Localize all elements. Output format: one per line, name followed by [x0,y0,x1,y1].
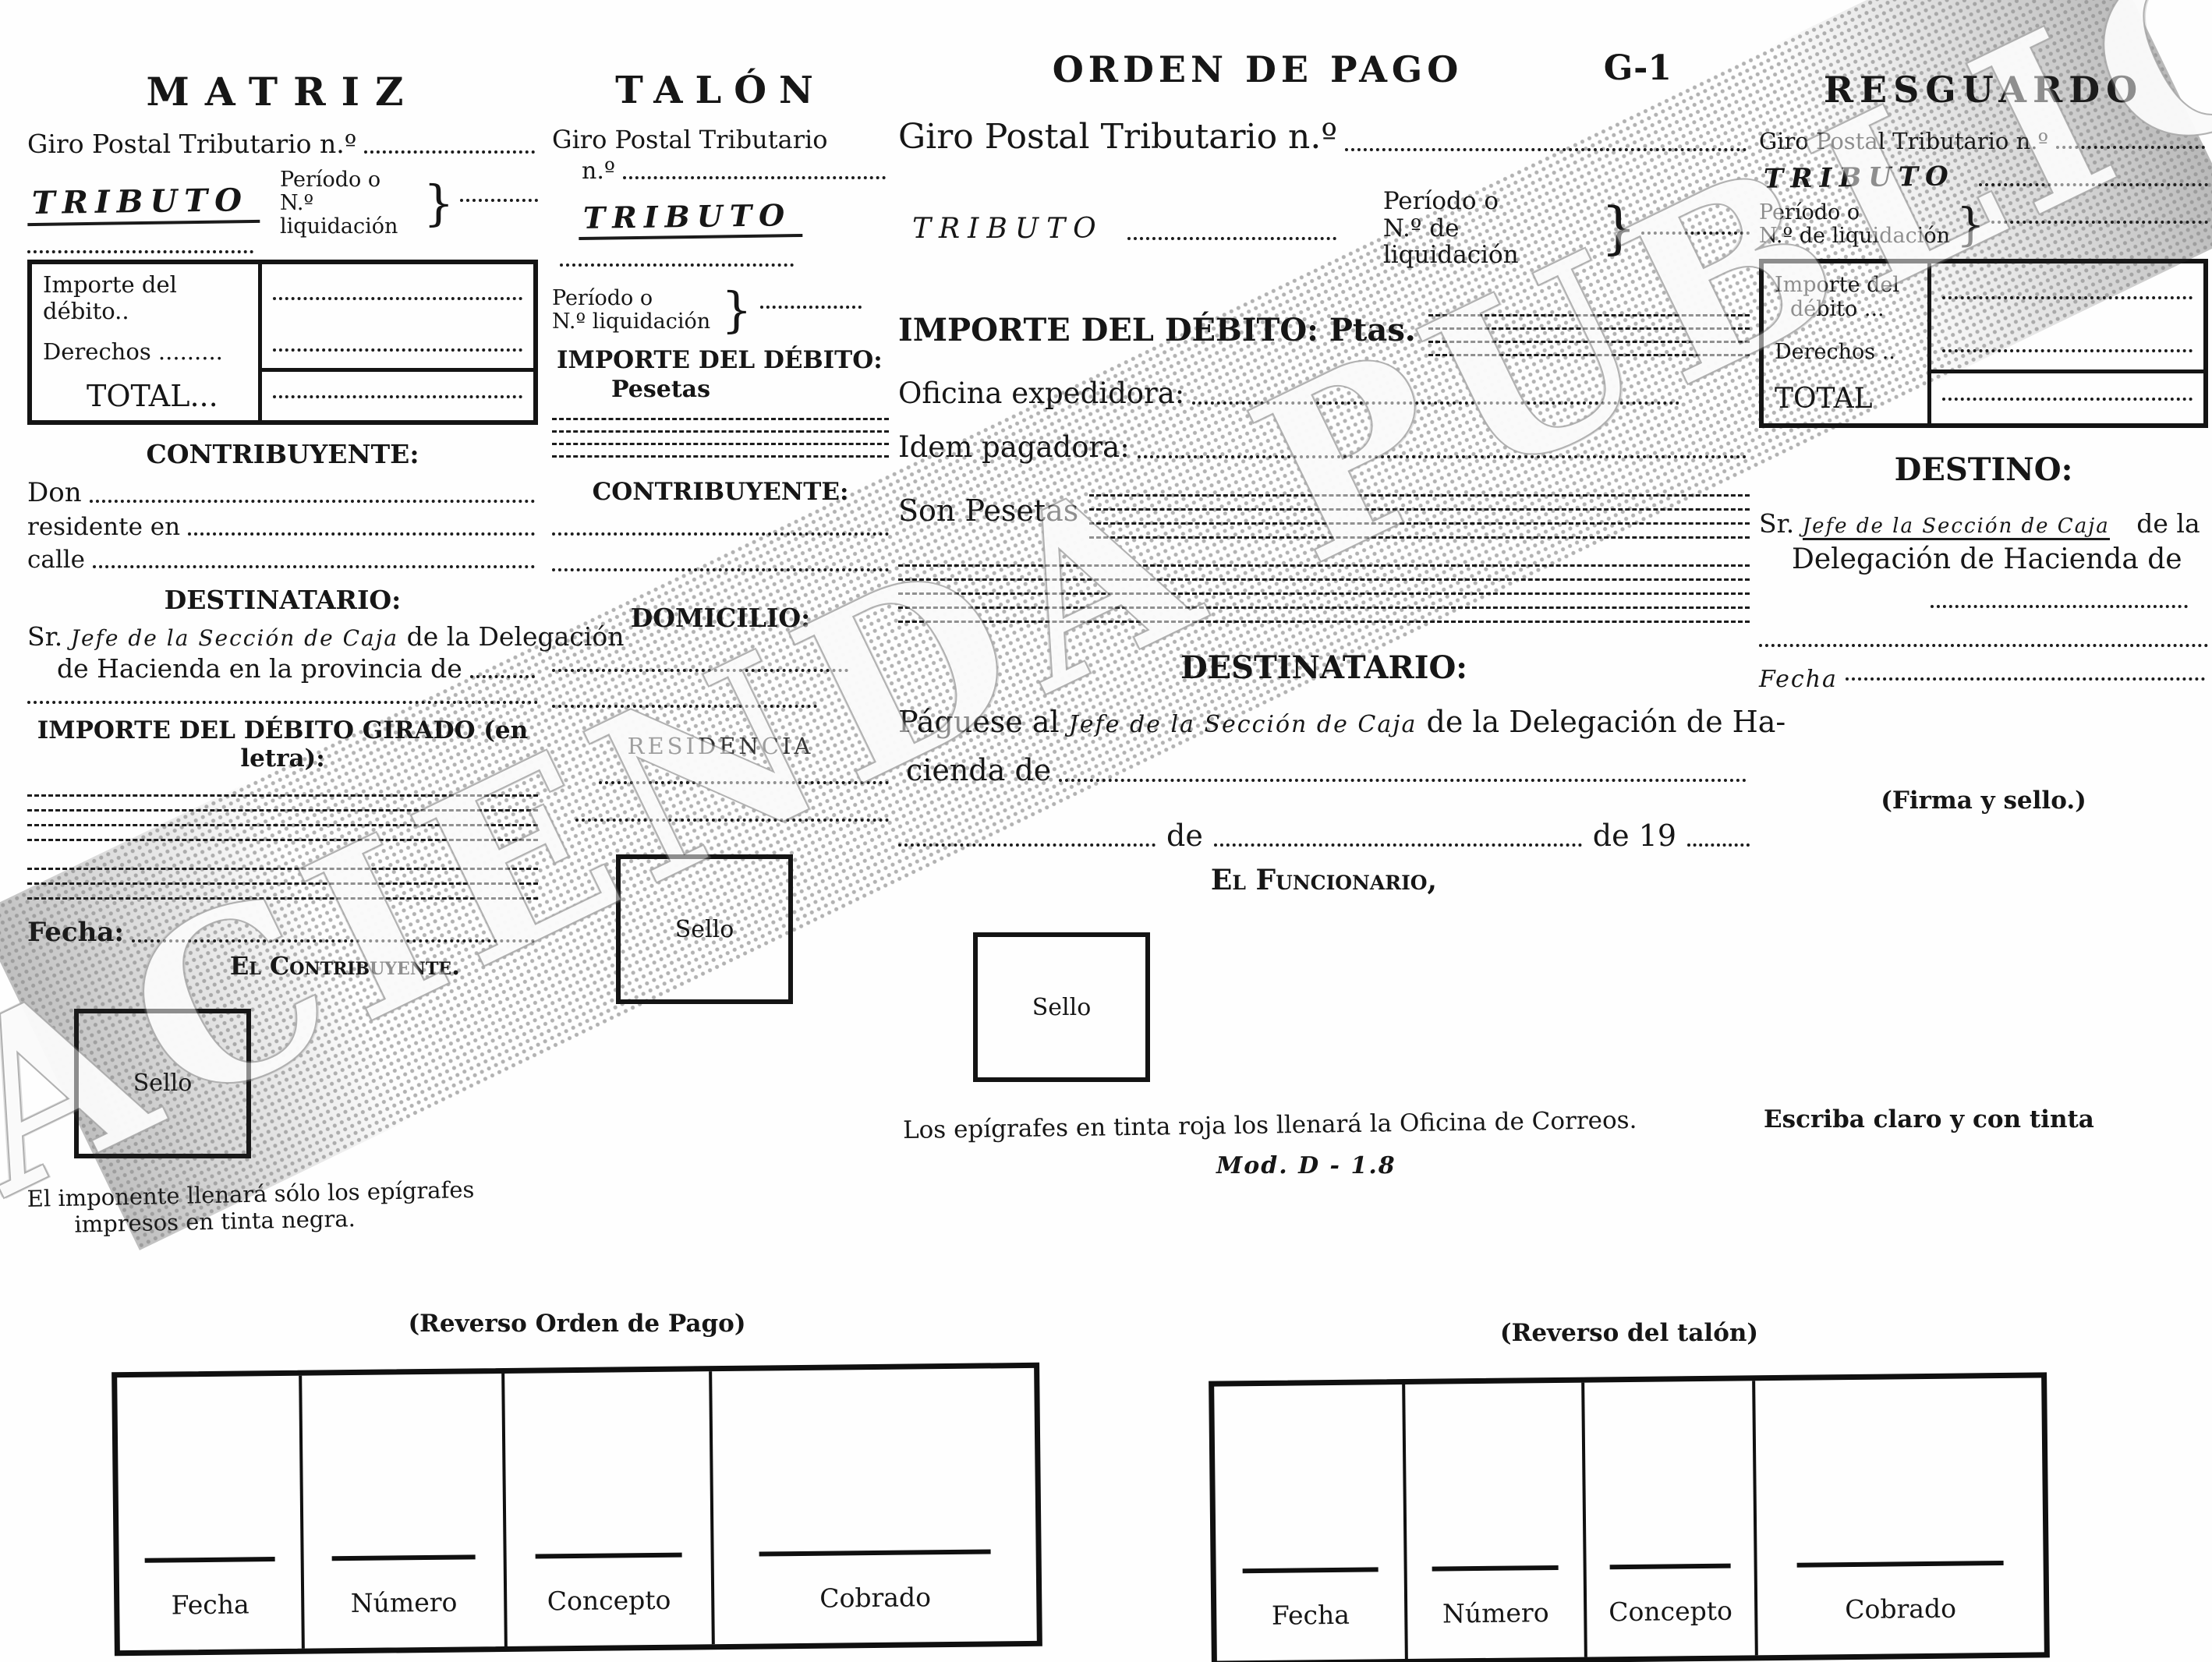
amount-fill-lines [898,553,1750,623]
matriz-sello-box: Sello [74,1009,251,1158]
dash-line [1089,483,1750,497]
matriz-destinatario-heading: DESTINATARIO: [27,585,538,615]
dash-line [1089,511,1750,525]
brace-glyph: } [1956,206,1985,244]
resguardo-destino-heading: DESTINO: [1759,451,2208,488]
orden-liquidacion-label: N.º de liquidación [1383,214,1519,270]
resguardo-fecha-label: Fecha [1759,666,1838,693]
dotted-line [273,347,522,352]
dotted-line [364,149,535,154]
matriz-calle-label: calle [27,546,85,574]
table-column-concepto: Concepto [501,1371,712,1646]
table-column-cobrado: Cobrado [1752,1377,2044,1655]
dotted-line [552,567,889,571]
matriz-fecha-label: Fecha: [27,917,124,948]
dotted-line [623,175,886,179]
resguardo-total-row-label: TOTAL [1775,383,1927,415]
reverso-talon-table: Fecha Número Concepto Cobrado [1209,1372,2050,1662]
orden-sello-box: Sello [973,932,1150,1082]
orden-paguese-handwritten: Jefe de la Sección de Caja [1069,711,1417,738]
talon-sello-box: Sello [616,854,793,1004]
orden-periodo-label: Período o [1383,187,1499,215]
orden-form-code: G-1 [1604,48,1672,88]
dotted-line [1345,147,1747,151]
dotted-line [27,249,253,253]
dash-line [552,420,889,433]
resguardo-importe-row-label-line1: Importe del [1775,273,1927,297]
matriz-sr-label: Sr. [27,621,62,652]
resguardo-sr-label: Sr. [1759,508,1794,539]
orden-destinatario-heading: DESTINATARIO: [898,649,1750,686]
orden-funcionario-label: El Funcionario, [898,864,1750,896]
reverso-del-talon: (Reverso del talón) Fecha Número Concept… [1210,1319,2048,1662]
signature-line [759,1549,991,1556]
resguardo-periodo-label: Período o [1759,200,1860,225]
talon-giro-label-line1: Giro Postal Tributario [552,125,889,154]
column-label: Número [1407,1597,1584,1629]
talon-tributo-handwritten: TRIBUTO [579,197,803,240]
resguardo-derechos-row-label: Derechos .. [1775,340,1927,364]
dotted-line [1759,642,2208,647]
dotted-line [760,304,862,309]
reverso-orden-table: Fecha Número Concepto Cobrado [111,1363,1042,1656]
handwriting-scribble-block [27,855,538,900]
matriz-footnote-line1: El imponente llenará sólo los epígrafes [27,1176,474,1212]
dash-line [898,581,1750,595]
dash-line [27,885,538,900]
dotted-line [1931,603,2188,608]
dash-line [27,812,538,826]
matriz-derechos-row-label: Derechos ......... [43,338,258,365]
column-label: Cobrado [714,1581,1037,1614]
dash-line [1428,343,1750,356]
dotted-line [2056,144,2205,149]
matriz-residente-label: residente en [27,513,180,541]
dash-line [1428,316,1750,330]
orden-idem-label: Idem pagadora: [898,430,1130,464]
signature-line [331,1554,475,1561]
section-talon: TALÓN Giro Postal Tributario n.º TRIBUTO… [552,69,889,1004]
dotted-line [1942,295,2193,299]
resguardo-title: RESGUARDO [1759,69,2208,111]
dotted-line [132,938,535,942]
matriz-total-row-label: TOTAL... [87,379,258,413]
dash-line [27,826,538,841]
dotted-line [460,197,538,202]
matriz-destinatario-handwritten: Jefe de la Sección de Caja [71,625,398,651]
dotted-line [1979,182,2208,186]
signature-line [1242,1567,1378,1573]
table-column-cobrado: Cobrado [709,1368,1037,1644]
matriz-contribuyente-heading: CONTRIBUYENTE: [27,439,538,469]
resguardo-delegacion-line: Delegación de Hacienda de [1759,543,2208,575]
dotted-line [1192,400,1679,405]
orden-importe-heading: IMPORTE DEL DÉBITO: Ptas. [898,312,1416,348]
dotted-line [1641,230,1750,235]
dotted-line [1942,348,2193,352]
section-matriz: MATRIZ Giro Postal Tributario n.º TRIBUT… [27,69,538,1233]
dash-line [27,782,538,797]
orden-de19-word: de 19 [1593,819,1676,853]
dash-line [27,855,538,870]
dotted-line [1138,454,1747,458]
talon-domicilio-heading: DOMICILIO: [552,603,889,633]
talon-residencia-heading: RESIDENCIA [552,733,889,759]
dash-line [27,870,538,885]
matriz-provincia-label: de Hacienda en la provincia de [57,653,462,684]
talon-giro-label-line2: n.º [582,157,615,185]
sello-label: Sello [675,916,734,943]
column-label: Fecha [1216,1599,1405,1632]
dotted-line [1942,396,2193,401]
matriz-tributo-handwritten: TRIBUTO [27,182,260,226]
orden-de-word: de [1166,819,1203,853]
resguardo-destino-handwritten: Jefe de la Sección de Caja [1803,515,2110,540]
orden-paguese-tail: de la Delegación de Ha- [1427,705,1786,739]
table-column-concepto: Concepto [1581,1381,1755,1657]
table-column-numero: Número [299,1374,504,1649]
reverso-orden-title: (Reverso Orden de Pago) [113,1310,1041,1338]
dotted-line [599,780,889,784]
signature-line [1609,1564,1730,1570]
dotted-line [188,531,535,536]
dotted-line [560,262,794,267]
dash-line [552,408,889,420]
matriz-giro-label: Giro Postal Tributario n.º [27,129,356,159]
dotted-line [273,295,522,300]
section-resguardo: RESGUARDO Giro Postal Tributario n.º TRI… [1759,69,2208,815]
signature-line [144,1557,275,1563]
dash-line [1428,330,1750,343]
dotted-line [93,564,535,568]
resguardo-amounts-table: Importe del débito ... Derechos .. TOTAL [1759,259,2208,428]
signature-line [1797,1561,2003,1568]
brace-glyph: } [721,290,752,331]
dash-line [1089,525,1750,539]
column-label: Concepto [1587,1595,1754,1627]
sello-label: Sello [133,1070,193,1097]
orden-oficina-label: Oficina expedidora: [898,377,1184,410]
table-column-fecha: Fecha [117,1376,301,1650]
dash-line [898,595,1750,609]
matriz-don-label: Don [27,477,82,508]
matriz-firmante-label: El Contribuyente. [27,951,538,981]
dotted-line [273,394,522,398]
note-escriba: Escriba claro y con tinta [1764,1105,2094,1133]
dash-line [898,609,1750,623]
dotted-line [470,674,535,678]
resguardo-tributo-handwritten: TRIBUTO [1759,161,1966,196]
column-label: Fecha [119,1589,301,1621]
talon-importe-heading: IMPORTE DEL DÉBITO: [552,346,889,374]
dotted-line [90,498,535,503]
amount-fill-lines [1428,303,1750,356]
talon-periodo-label: Período o [552,286,653,310]
scanned-form-page: HACIENDA PUBLICA MATRIZ Giro Postal Trib… [0,0,2212,1662]
dotted-line [1846,676,2205,681]
brace-glyph: } [1601,204,1637,252]
dash-line [1428,303,1750,316]
dash-line [27,797,538,812]
orden-giro-label: Giro Postal Tributario n.º [898,117,1337,157]
resguardo-destino-tail: de la [2136,508,2200,539]
dash-line [898,553,1750,567]
brace-glyph: } [423,183,454,225]
orden-title: ORDEN DE PAGO [832,48,1683,90]
note-correos: Los epígrafes en tinta roja los llenará … [903,1105,1690,1144]
resguardo-firma-note: (Firma y sello.) [1759,787,2208,815]
reverso-talon-title: (Reverso del talón) [1210,1319,2048,1347]
dotted-line [552,667,848,672]
matriz-footnote: El imponente llenará sólo los epígrafes … [27,1175,538,1239]
talon-liquidacion-label: N.º liquidación [552,309,710,334]
signature-line [1432,1565,1558,1572]
dotted-line [898,842,1156,847]
section-orden-de-pago: ORDEN DE PAGO G-1 Giro Postal Tributario… [898,48,1750,1082]
sello-label: Sello [1032,994,1092,1021]
matriz-periodo-label: Período o [280,168,380,192]
matriz-importe-letra-heading: IMPORTE DEL DÉBITO GIRADO (en letra): [27,716,538,773]
dotted-line [1059,777,1747,782]
orden-son-pesetas-label: Son Pesetas [898,493,1078,528]
dotted-line [1214,842,1582,847]
matriz-liquidacion-label: N.º liquidación [280,191,398,239]
orden-paguese-label: Páguese al [898,705,1060,739]
handwriting-scribble-block [27,782,538,841]
talon-contribuyente-heading: CONTRIBUYENTE: [552,478,889,506]
dash-line [898,567,1750,581]
dotted-line [575,817,889,822]
matriz-amounts-table: Importe del débito.. Derechos ......... … [27,260,538,425]
dotted-line [1687,842,1750,847]
column-label: Número [304,1586,504,1619]
dotted-line [27,699,538,704]
orden-tributo-handwritten: TRIBUTO [912,213,1104,245]
dotted-line [1127,235,1336,240]
talon-pesetas-label: Pesetas [552,376,889,403]
dotted-line [552,531,889,536]
dash-line [552,445,889,458]
matriz-importe-row-label: Importe del débito.. [43,271,258,324]
reverso-orden-de-pago: (Reverso Orden de Pago) Fecha Número Con… [113,1310,1041,1651]
dash-line [552,433,889,445]
dotted-line [1991,219,2208,224]
table-column-numero: Número [1402,1383,1584,1659]
resguardo-liquidacion-label: N.º de liquidación [1759,224,1950,248]
column-label: Concepto [507,1584,711,1617]
column-label: Cobrado [1757,1592,2044,1625]
dotted-line [552,703,817,708]
handwriting-scribble-block [552,408,889,458]
table-column-fecha: Fecha [1214,1384,1405,1661]
matriz-title: MATRIZ [27,69,538,115]
resguardo-importe-row-label-line2: débito ... [1775,297,1927,321]
amount-fill-lines [1089,483,1750,539]
dash-line [1089,497,1750,511]
signature-line [535,1553,682,1559]
note-model-number: Mod. D - 1.8 [1216,1152,1396,1179]
resguardo-giro-label: Giro Postal Tributario n.º [1759,128,2048,154]
orden-cienda-label: cienda de [906,753,1051,787]
